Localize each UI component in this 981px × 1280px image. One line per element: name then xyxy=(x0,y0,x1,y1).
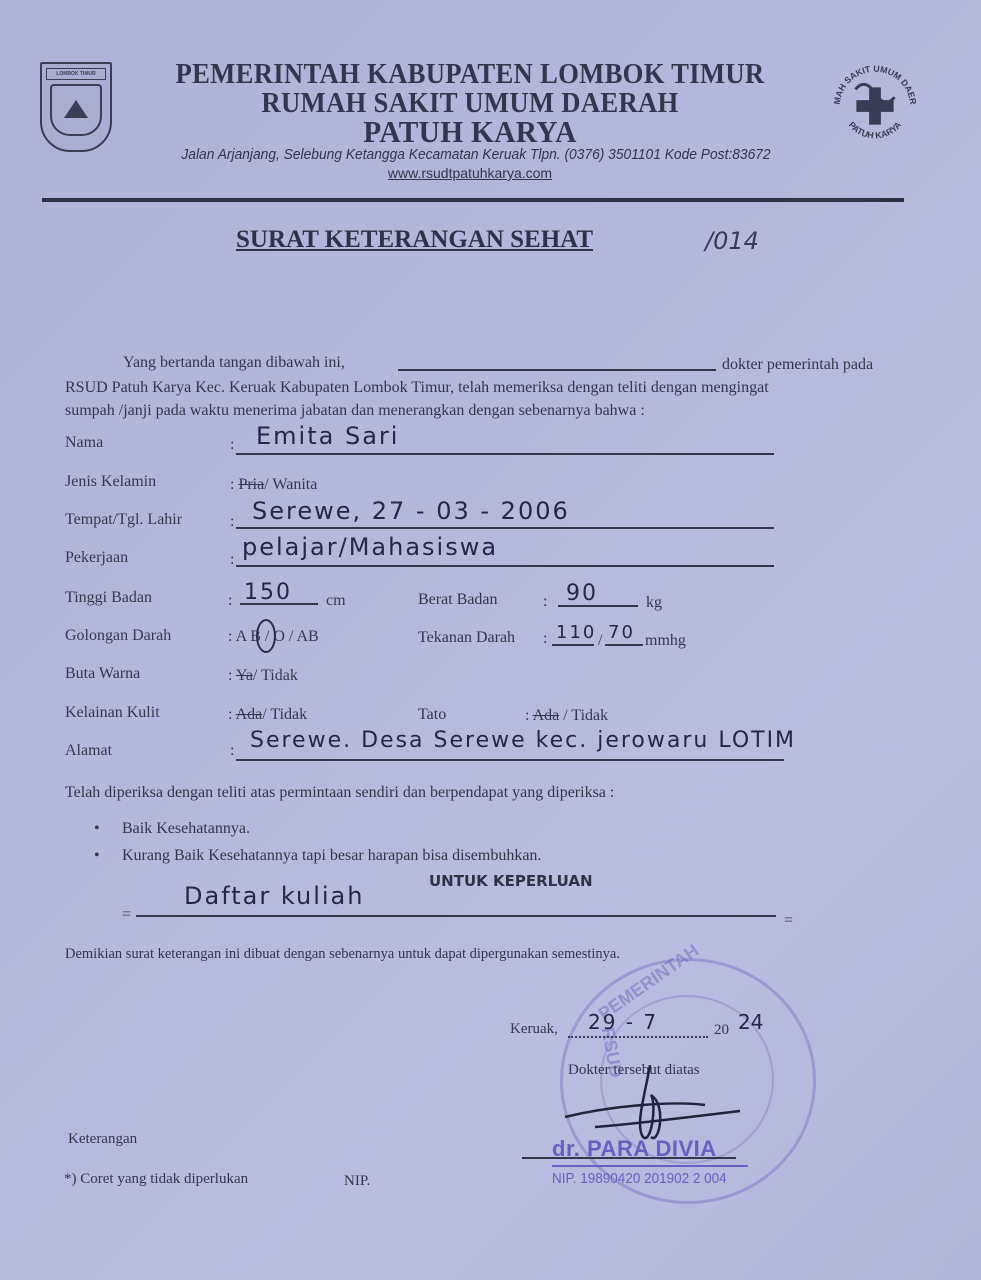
doctor-name-blank[interactable] xyxy=(398,369,716,371)
hospital-logo-icon: RUMAH SAKIT UMUM DAERAH PATUH KARYA xyxy=(826,58,924,156)
option-baik: Baik Kesehatannya. xyxy=(122,820,250,838)
field-kelainan-kulit[interactable]: : Ada/ Tidak xyxy=(228,706,307,724)
header-divider xyxy=(42,198,904,202)
label-buta-warna: Buta Warna xyxy=(65,665,140,683)
alamat-underline xyxy=(236,759,784,761)
option-kurang-baik: Kurang Baik Kesehatannya tapi besar hara… xyxy=(122,847,541,865)
doctor-name: dr. PARA DIVIA xyxy=(552,1136,717,1162)
document-title: SURAT KETERANGAN SEHAT xyxy=(236,226,593,254)
footer-note: *) Coret yang tidak diperlukan xyxy=(64,1171,248,1188)
pekerjaan-underline xyxy=(236,565,774,567)
field-nama[interactable]: Emita Sari xyxy=(256,422,399,450)
field-tekanan-sistolik[interactable]: 110 xyxy=(556,622,596,643)
label-golongan-darah: Golongan Darah xyxy=(65,627,171,645)
field-pekerjaan[interactable]: pelajar/Mahasiswa xyxy=(242,533,498,561)
field-tinggi-badan[interactable]: 150 xyxy=(244,580,292,605)
intro-text-1: Yang bertanda tangan dibawah ini, xyxy=(123,354,345,372)
nama-underline xyxy=(236,453,774,455)
emblem-label: LOMBOK TIMUR xyxy=(46,68,106,80)
sign-date[interactable]: 29 - 7 xyxy=(588,1010,658,1034)
unit-mmhg: mmhg xyxy=(645,632,686,650)
lombok-timur-emblem-icon: LOMBOK TIMUR xyxy=(40,62,112,152)
unit-kg: kg xyxy=(646,594,662,612)
label-kelainan-kulit: Kelainan Kulit xyxy=(65,704,160,722)
header-address: Jalan Arjanjang, Selebung Ketangga Kecam… xyxy=(139,146,812,163)
sign-place: Keruak, xyxy=(510,1021,558,1038)
label-alamat: Alamat xyxy=(65,742,112,760)
label-tinggi-badan: Tinggi Badan xyxy=(65,589,152,607)
purpose-label: UNTUK KEPERLUAN xyxy=(429,872,593,890)
intro-text-2: dokter pemerintah pada xyxy=(722,356,873,374)
footer-keterangan: Keterangan xyxy=(68,1131,137,1148)
document-number: /014 xyxy=(705,227,759,255)
label-nama: Nama xyxy=(65,434,103,452)
intro-text-line2: RSUD Patuh Karya Kec. Keruak Kabupaten L… xyxy=(65,379,769,397)
sign-year[interactable]: 24 xyxy=(738,1010,763,1034)
selection-circle-icon xyxy=(256,619,276,653)
bullet-icon: • xyxy=(94,847,100,865)
bullet-icon: • xyxy=(94,820,100,838)
ttl-underline xyxy=(236,527,774,529)
closing-statement: Demikian surat keterangan ini dibuat den… xyxy=(65,946,620,963)
field-tempat-tgl-lahir[interactable]: Serewe, 27 - 03 - 2006 xyxy=(252,497,570,525)
intro-text-line3: sumpah /janji pada waktu menerima jabata… xyxy=(65,402,645,420)
header-hospital-name: PATUH KARYA xyxy=(128,114,812,150)
label-tato: Tato xyxy=(418,706,446,724)
label-tempat-tgl-lahir: Tempat/Tgl. Lahir xyxy=(65,511,182,529)
field-alamat[interactable]: Serewe. Desa Serewe kec. jerowaru LOTIM xyxy=(250,728,796,753)
footer-nip-label: NIP. xyxy=(344,1173,370,1190)
field-tato[interactable]: : Ada / Tidak xyxy=(525,707,608,725)
label-berat-badan: Berat Badan xyxy=(418,591,498,609)
sign-year-prefix: 20 xyxy=(714,1022,729,1039)
unit-cm: cm xyxy=(326,592,346,610)
label-jenis-kelamin: Jenis Kelamin xyxy=(65,473,156,491)
doctor-nip: NIP. 19890420 201902 2 004 xyxy=(552,1170,727,1187)
purpose-underline xyxy=(136,915,776,917)
field-keperluan[interactable]: Daftar kuliah xyxy=(184,882,364,910)
header-website-link[interactable]: www.rsudtpatuhkarya.com xyxy=(110,165,830,181)
label-pekerjaan: Pekerjaan xyxy=(65,549,128,567)
label-tekanan-darah: Tekanan Darah xyxy=(418,629,515,647)
field-berat-badan[interactable]: 90 xyxy=(566,581,598,606)
field-jenis-kelamin[interactable]: : Pria/ Wanita xyxy=(230,476,317,494)
field-tekanan-diastolik[interactable]: 70 xyxy=(608,622,635,643)
field-buta-warna[interactable]: : Ya/ Tidak xyxy=(228,667,298,685)
examination-statement: Telah diperiksa dengan teliti atas permi… xyxy=(65,784,614,802)
